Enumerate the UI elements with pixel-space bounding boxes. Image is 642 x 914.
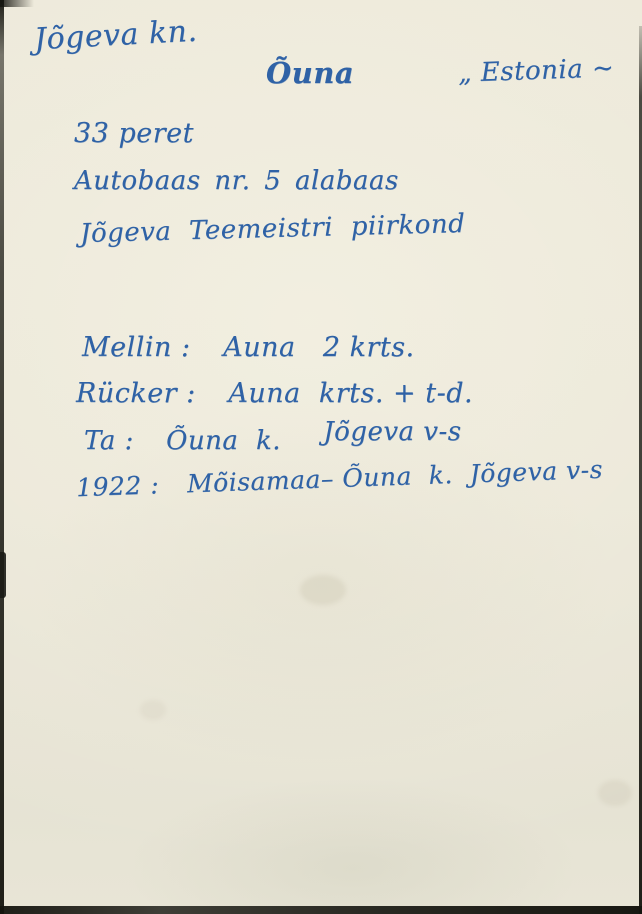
source-entry-ta: Ta : Õuna k. Jõgeva v-s <box>84 426 462 456</box>
paper-stain <box>598 780 632 806</box>
source-value: Õuna k. <box>166 426 281 456</box>
source-label: Rücker : <box>76 378 196 409</box>
source-value: Auna 2 krts. <box>223 332 414 363</box>
source-label: 1922 : <box>76 470 160 502</box>
place-name-title: Õuna <box>266 56 354 90</box>
scan-edge-speck <box>0 552 6 598</box>
source-label: Ta : <box>84 426 134 456</box>
scan-edge-bottom <box>0 906 642 914</box>
autobase-note: Autobaas nr. 5 alabaas <box>74 166 399 196</box>
source-entry-rucker: Rücker : Auna krts. + t-d. <box>76 378 473 409</box>
archival-card-paper: Jõgeva kn. Õuna „ Estonia ~ 33 peret Aut… <box>0 0 642 914</box>
source-value-secondary: Jõgeva v-s <box>323 417 461 447</box>
road-district-note: Jõgeva Teemeistri piirkond <box>80 209 466 249</box>
source-value: Auna krts. + t-d. <box>228 378 473 409</box>
paper-stain <box>300 575 346 605</box>
source-entry-mellin: Mellin : Auna 2 krts. <box>82 332 415 363</box>
district-label: Jõgeva kn. <box>33 14 198 58</box>
source-entry-1922: 1922 : Mõisamaa– Õuna k. Jõgeva v-s <box>76 455 604 502</box>
scan-edge-left <box>0 0 4 914</box>
families-note: 33 peret <box>74 118 194 149</box>
source-label: Mellin : <box>82 332 191 363</box>
paper-stain <box>140 700 166 720</box>
source-value: Mõisamaa– Õuna k. Jõgeva v-s <box>187 455 604 499</box>
farm-name-title: „ Estonia ~ <box>458 53 615 88</box>
scan-edge-top-left <box>0 0 34 7</box>
